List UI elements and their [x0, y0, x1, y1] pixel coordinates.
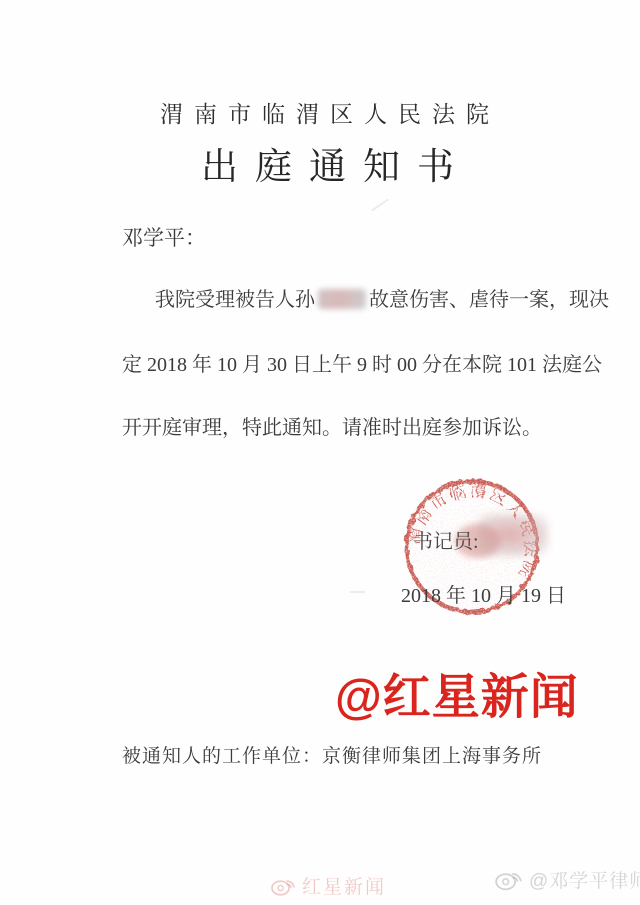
scan-artifact	[371, 198, 389, 211]
issue-date: 2018 年 10 月 19 日	[401, 579, 566, 608]
redacted-defendant-name	[318, 289, 366, 309]
footer-watermark-left: 红星新闻	[270, 872, 386, 899]
clerk-label: 书记员:	[413, 525, 479, 554]
court-name-heading: 渭南市临渭区人民法院	[160, 96, 500, 129]
weibo-icon	[494, 867, 524, 892]
scan-artifact	[350, 591, 365, 593]
redacted-clerk-name	[478, 514, 548, 556]
footer-source-right: @邓学平律师	[529, 866, 640, 893]
work-unit-line: 被通知人的工作单位：京衡律师集团上海事务所	[122, 741, 542, 768]
body-line-2: 定 2018 年 10 月 30 日上午 9 时 00 分在本院 101 法庭公	[122, 348, 602, 377]
body-line-1: 我院受理被告人孙故意伤害、虐待一案，现决	[155, 283, 609, 312]
body-line-1-prefix: 我院受理被告人孙	[155, 289, 315, 311]
court-notice-document: 渭南市临渭区人民法院 出庭通知书 邓学平： 我院受理被告人孙故意伤害、虐待一案，…	[0, 0, 640, 905]
news-watermark: @红星新闻	[335, 658, 579, 727]
document-title: 出庭通知书	[201, 136, 471, 190]
footer-source-left: 红星新闻	[302, 872, 386, 899]
recipient-name: 邓学平：	[122, 222, 206, 252]
body-line-1-suffix: 故意伤害、虐待一案，现决	[369, 289, 609, 311]
body-line-3: 开开庭审理，特此通知。请准时出庭参加诉讼。	[122, 411, 542, 440]
footer-watermark-right: @邓学平律师	[494, 866, 640, 893]
weibo-icon	[270, 875, 297, 897]
